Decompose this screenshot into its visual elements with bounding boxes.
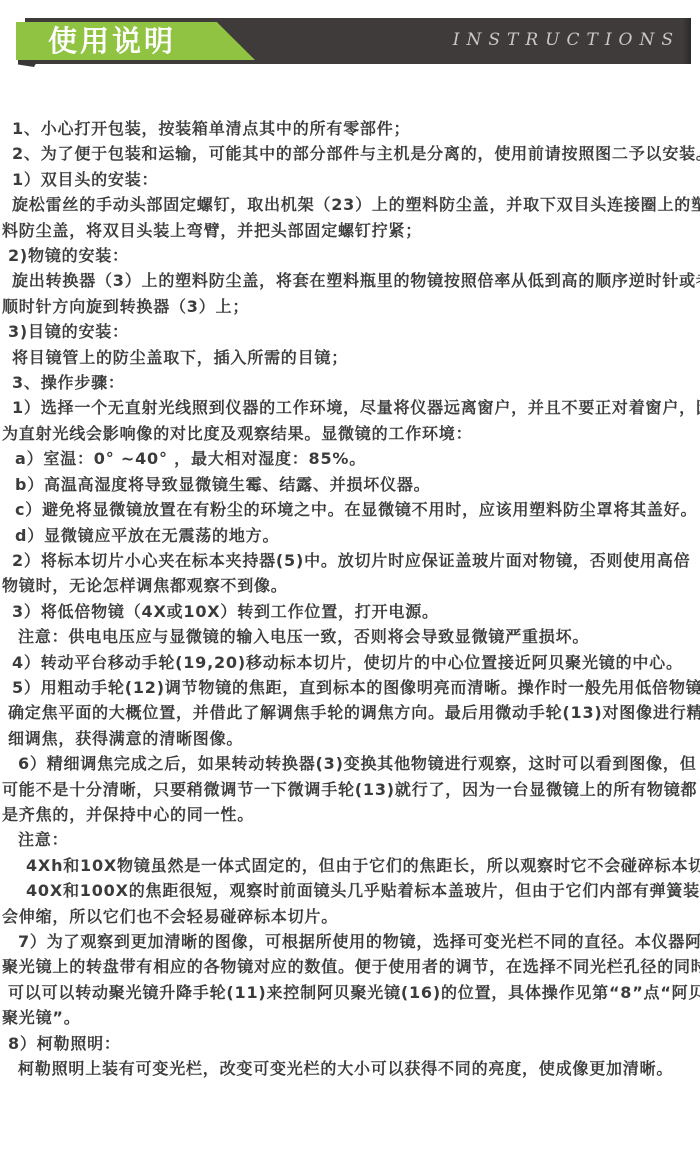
- instructions-page: 使用说明 INSTRUCTIONS 1、小心打开包装，按装箱单清点其中的所有零部…: [0, 0, 700, 1154]
- doc-line: 2）将标本切片小心夹在标本夹持器(5)中。放切片时应保证盖玻片面对物镜，否则使用…: [0, 548, 700, 573]
- doc-line: 聚光镜上的转盘带有相应的各物镜对应的数值。便于使用者的调节，在选择不同光栏孔径的…: [0, 954, 700, 979]
- doc-line: 旋松雷丝的手动头部固定螺钉，取出机架（23）上的塑料防尘盖，并取下双目头连接圈上…: [0, 192, 700, 217]
- doc-line: 1、小心打开包装，按装箱单清点其中的所有零部件；: [0, 116, 700, 141]
- page-title: 使用说明: [48, 27, 176, 56]
- doc-line: 确定焦平面的大概位置，并借此了解调焦手轮的调焦方向。最后用微动手轮(13)对图像…: [0, 700, 700, 725]
- ribbon-fold-shadow: [18, 60, 38, 67]
- doc-line: 可以可以转动聚光镜升降手轮(11)来控制阿贝聚光镜(16)的位置，具体操作见第“…: [0, 980, 700, 1005]
- doc-line: 1）双目头的安装：: [0, 167, 700, 192]
- doc-line: 3、操作步骤：: [0, 370, 700, 395]
- doc-line: 5）用粗动手轮(12)调节物镜的焦距，直到标本的图像明亮而清晰。操作时一般先用低…: [0, 675, 700, 700]
- doc-line: 2)物镜的安装：: [0, 243, 700, 268]
- doc-line: 聚光镜”。: [0, 1005, 700, 1030]
- doc-line: 注意：: [0, 827, 700, 852]
- doc-line: 3)目镜的安装：: [0, 319, 700, 344]
- instructions-text: 1、小心打开包装，按装箱单清点其中的所有零部件； 2、为了便于包装和运输，可能其…: [0, 116, 700, 1081]
- doc-line: 料防尘盖，将双目头装上弯臂，并把头部固定螺钉拧紧；: [0, 218, 700, 243]
- doc-line: d）显微镜应平放在无震荡的地方。: [0, 523, 700, 548]
- doc-line: 可能不是十分清晰，只要稍微调节一下微调手轮(13)就行了，因为一台显微镜上的所有…: [0, 777, 700, 802]
- doc-line: b）高温高湿度将导致显微镜生霉、结露、并损坏仪器。: [0, 472, 700, 497]
- doc-line: 3）将低倍物镜（4X或10X）转到工作位置，打开电源。: [0, 599, 700, 624]
- doc-line: 是齐焦的，并保持中心的同一性。: [0, 802, 700, 827]
- doc-line: 6）精细调焦完成之后，如果转动转换器(3)变换其他物镜进行观察，这时可以看到图像…: [0, 751, 700, 776]
- header-banner: 使用说明 INSTRUCTIONS: [0, 0, 700, 80]
- doc-line: 顺时针方向旋到转换器（3）上；: [0, 294, 700, 319]
- doc-line: 2、为了便于包装和运输，可能其中的部分部件与主机是分离的，使用前请按照图二予以安…: [0, 141, 700, 166]
- doc-line: 4）转动平台移动手轮(19,20)移动标本切片，使切片的中心位置接近阿贝聚光镜的…: [0, 650, 700, 675]
- title-ribbon: 使用说明: [16, 22, 255, 60]
- doc-line: 旋出转换器（3）上的塑料防尘盖，将套在塑料瓶里的物镜按照倍率从低到高的顺序逆时针…: [0, 268, 700, 293]
- doc-line: 会伸缩，所以它们也不会轻易碰碎标本切片。: [0, 904, 700, 929]
- doc-line: c）避免将显微镜放置在有粉尘的环境之中。在显微镜不用时，应该用塑料防尘罩将其盖好…: [0, 497, 700, 522]
- doc-line: 40X和100X的焦距很短，观察时前面镜头几乎贴着标本盖玻片，但由于它们内部有弹…: [0, 878, 700, 903]
- doc-line: 柯勒照明上装有可变光栏，改变可变光栏的大小可以获得不同的亮度，使成像更加清晰。: [0, 1056, 700, 1081]
- doc-line: 将目镜管上的防尘盖取下，插入所需的目镜；: [0, 345, 700, 370]
- doc-line: 4Xh和10X物镜虽然是一体式固定的，但由于它们的焦距长，所以观察时它不会碰碎标…: [0, 853, 700, 878]
- doc-line: 细调焦，获得满意的清晰图像。: [0, 726, 700, 751]
- doc-line: 为直射光线会影响像的对比度及观察结果。显微镜的工作环境：: [0, 421, 700, 446]
- doc-line: a）室温：0° ~40° ，最大相对湿度：85%。: [0, 446, 700, 471]
- doc-line: 8）柯勒照明：: [0, 1031, 700, 1056]
- doc-line: 物镜时，无论怎样调焦都观察不到像。: [0, 573, 700, 598]
- doc-line: 7）为了观察到更加清晰的图像，可根据所使用的物镜，选择可变光栏不同的直径。本仪器…: [0, 929, 700, 954]
- doc-line: 注意：供电电压应与显微镜的输入电压一致，否则将会导致显微镜严重损坏。: [0, 624, 700, 649]
- page-title-en: INSTRUCTIONS: [453, 30, 680, 50]
- doc-line: 1）选择一个无直射光线照到仪器的工作环境，尽量将仪器远离窗户，并且不要正对着窗户…: [0, 395, 700, 420]
